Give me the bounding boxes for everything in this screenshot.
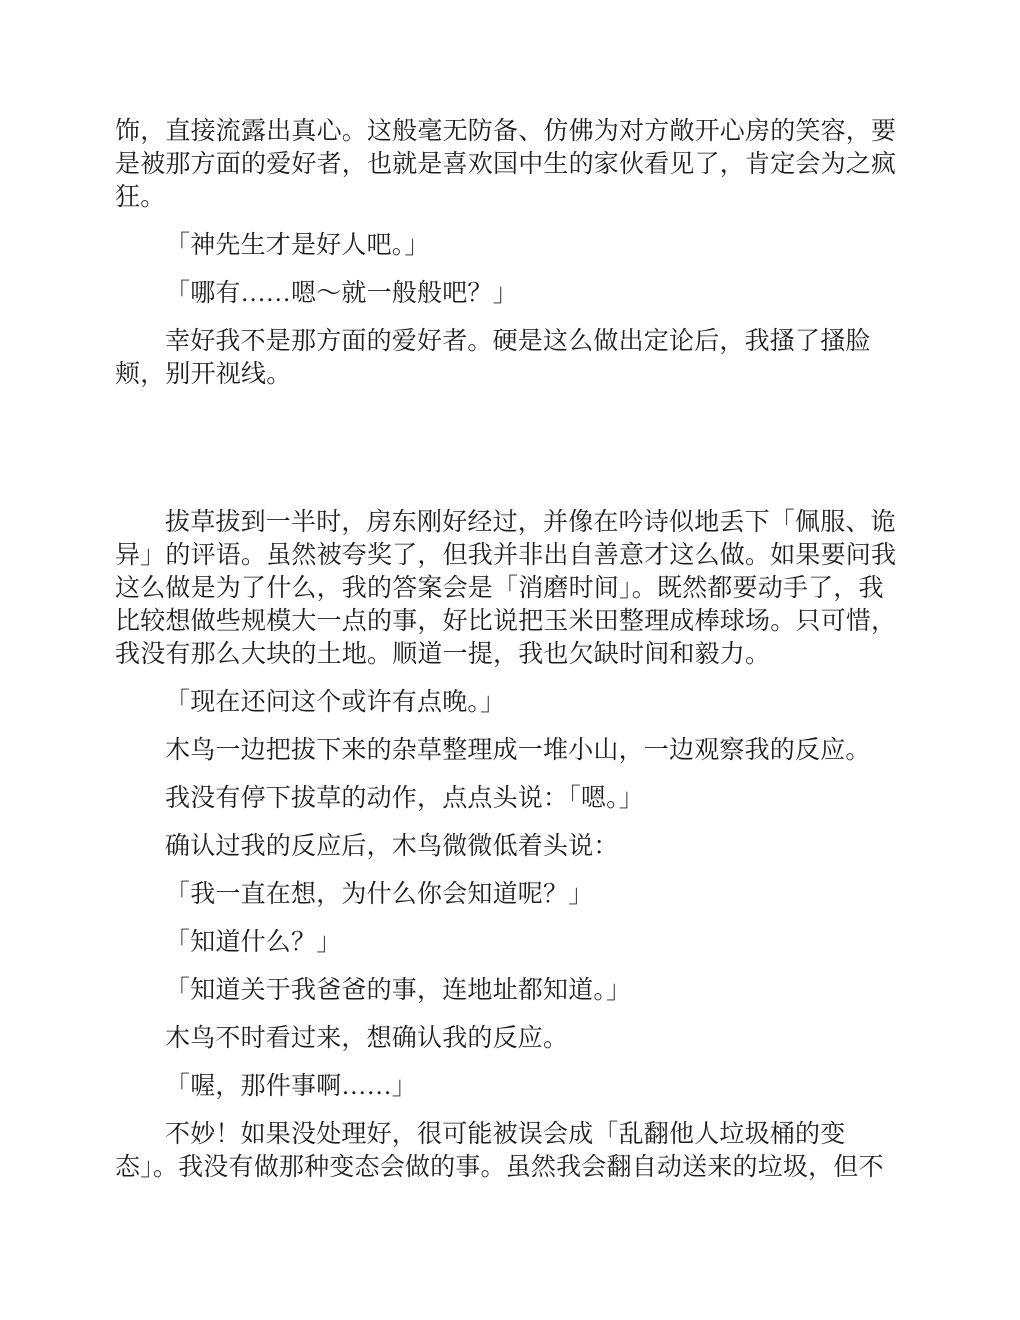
scene-break-spacer (115, 406, 905, 491)
dialogue-paragraph: 「知道关于我爸爸的事，连地址都知道。」 (115, 974, 905, 1007)
document-page: 饰，直接流露出真心。这般毫无防备、仿佛为对方敞开心房的笑容，要 是被那方面的爱好… (0, 0, 1020, 1320)
narration-paragraph: 不妙！如果没处理好，很可能被误会成「乱翻他人垃圾桶的变 态」。我没有做那种变态会… (115, 1118, 905, 1184)
dialogue-paragraph: 「神先生才是好人吧。」 (115, 229, 905, 262)
narration-paragraph: 饰，直接流露出真心。这般毫无防备、仿佛为对方敞开心房的笑容，要 是被那方面的爱好… (115, 115, 905, 214)
narration-paragraph: 木鸟一边把拔下来的杂草整理成一堆小山，一边观察我的反应。 (115, 734, 905, 767)
narration-paragraph: 拔草拔到一半时，房东刚好经过，并像在吟诗似地丢下「佩服、诡 异」的评语。虽然被夸… (115, 506, 905, 671)
page-text-content: 饰，直接流露出真心。这般毫无防备、仿佛为对方敞开心房的笑容，要 是被那方面的爱好… (115, 115, 905, 1184)
dialogue-paragraph: 「现在还问这个或许有点晚。」 (115, 686, 905, 719)
narration-paragraph: 木鸟不时看过来，想确认我的反应。 (115, 1022, 905, 1055)
narration-paragraph: 幸好我不是那方面的爱好者。硬是这么做出定论后，我搔了搔脸 颊，别开视线。 (115, 325, 905, 391)
narration-paragraph: 我没有停下拔草的动作，点点头说：「嗯。」 (115, 782, 905, 815)
narration-paragraph: 确认过我的反应后，木鸟微微低着头说： (115, 830, 905, 863)
dialogue-paragraph: 「哪有……嗯～就一般般吧？」 (115, 277, 905, 310)
dialogue-paragraph: 「喔，那件事啊……」 (115, 1070, 905, 1103)
dialogue-paragraph: 「知道什么？」 (115, 926, 905, 959)
dialogue-paragraph: 「我一直在想，为什么你会知道呢？」 (115, 878, 905, 911)
